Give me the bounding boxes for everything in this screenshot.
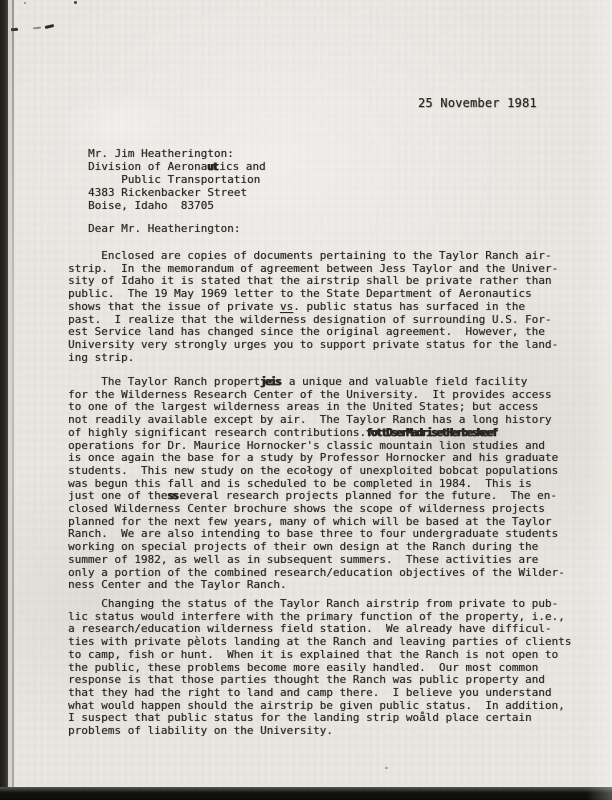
pen-mark bbox=[11, 28, 18, 31]
text-line: that they had the right to land and camp… bbox=[68, 687, 571, 700]
text-line: Mr. Jim Heatherington: bbox=[88, 147, 266, 160]
text-segment: a unique and valuable field facility bbox=[282, 375, 527, 388]
paragraph-1: Enclosed are copies of documents pertain… bbox=[68, 250, 558, 364]
overtype-text: ss bbox=[167, 489, 177, 502]
overtype-text: fottDserMadrisetHerbeskeef bbox=[366, 426, 497, 439]
pen-mark bbox=[33, 27, 41, 30]
text-line: to camp, fish or hunt. When it is explai… bbox=[68, 649, 571, 662]
text-line: closed Wilderness Center brochure shows … bbox=[68, 503, 565, 516]
text-line: summer of 1982, as well as in subsequent… bbox=[68, 554, 565, 567]
text-line: students. This new study on the ecołogy … bbox=[68, 465, 565, 478]
underline-text: vs bbox=[280, 300, 293, 313]
text-line: problems of liability on the University. bbox=[68, 725, 571, 738]
text-line: shows that the issue of private vs. publ… bbox=[68, 301, 558, 314]
paragraph-3: Changing the status of the Taylor Ranch … bbox=[68, 598, 571, 738]
text-line: Changing the status of the Taylor Ranch … bbox=[68, 598, 571, 611]
text-line: Public Transportation bbox=[88, 173, 266, 186]
text-line: University very strongly urges you to su… bbox=[68, 339, 558, 352]
text-segment: The Taylor Ranch propert bbox=[68, 375, 260, 388]
text-segment: of highly significant research contribut… bbox=[68, 426, 366, 439]
text-line: working on special projects of their own… bbox=[68, 541, 565, 554]
text-segment: . public status has surfaced in the bbox=[293, 300, 525, 313]
scan-edge-left bbox=[0, 0, 8, 800]
text-segment: Division of Aerona bbox=[88, 160, 207, 173]
text-line: 4383 Rickenbacker Street bbox=[88, 186, 266, 199]
salutation: Dear Mr. Heatherington: bbox=[88, 223, 240, 236]
text-segment: shows that the issue of private bbox=[68, 300, 280, 313]
text-line: Enclosed are copies of documents pertain… bbox=[68, 250, 558, 263]
scan-speck bbox=[385, 767, 388, 769]
text-line: ness Center and the Taylor Ranch. bbox=[68, 579, 565, 592]
text-line: of highly significant research contribut… bbox=[68, 427, 565, 440]
paper-crease-line bbox=[12, 0, 14, 800]
text-line: Boise, Idaho 83705 bbox=[88, 199, 266, 212]
scanned-letter-page: 25 November 1981 Mr. Jim Heatherington:D… bbox=[0, 0, 612, 800]
text-line: ties with private pèlots landing at the … bbox=[68, 636, 571, 649]
text-line: The Taylor Ranch propertjeis a unique an… bbox=[68, 376, 565, 389]
text-segment: everal research projects planned for the… bbox=[179, 489, 557, 502]
text-line: Division of Aeronautics and bbox=[88, 160, 266, 173]
scan-edge-bottom bbox=[0, 787, 612, 800]
overtype-text: ut bbox=[207, 160, 217, 173]
pen-mark bbox=[45, 24, 54, 29]
text-segment: ics and bbox=[219, 160, 265, 173]
text-line: ing strip. bbox=[68, 352, 558, 365]
scan-speck bbox=[74, 1, 77, 4]
text-segment: just one of the bbox=[68, 489, 167, 502]
overtype-text: jeis bbox=[260, 375, 280, 388]
paragraph-2: The Taylor Ranch propertjeis a unique an… bbox=[68, 376, 565, 592]
scan-speck bbox=[24, 2, 26, 4]
letter-date: 25 November 1981 bbox=[418, 97, 537, 110]
recipient-address: Mr. Jim Heatherington:Division of Aerona… bbox=[88, 147, 266, 212]
